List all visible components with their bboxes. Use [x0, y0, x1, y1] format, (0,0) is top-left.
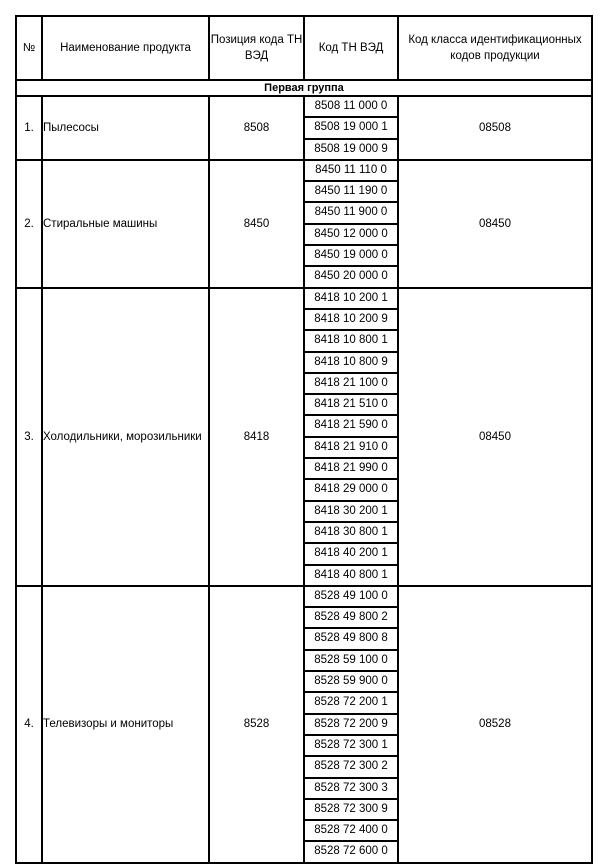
tn-ved-code: 8528 59 900 0 — [305, 672, 397, 693]
header-position: Позиция кода ТН ВЭД — [209, 16, 304, 80]
product-name: Стиральные машины — [42, 160, 209, 288]
table-row: 2.Стиральные машины84508450 11 110 08450… — [16, 160, 592, 288]
group-title: Первая группа — [16, 80, 592, 96]
tn-ved-code: 8418 30 800 1 — [305, 523, 397, 544]
tn-ved-code: 8528 72 300 1 — [305, 736, 397, 757]
tn-ved-code: 8528 72 400 0 — [305, 821, 397, 842]
tn-ved-code: 8450 19 000 0 — [305, 246, 397, 267]
header-name: Наименование продукта — [42, 16, 209, 80]
tn-ved-code: 8418 21 590 0 — [305, 416, 397, 437]
header-class: Код класса идентификационных кодов проду… — [398, 16, 592, 80]
tn-ved-code: 8418 21 910 0 — [305, 438, 397, 459]
tn-ved-code: 8528 49 800 8 — [305, 629, 397, 650]
tn-ved-code: 8418 29 000 0 — [305, 480, 397, 501]
tn-ved-code: 8508 19 000 1 — [305, 118, 397, 139]
tn-ved-code: 8450 20 000 0 — [305, 267, 397, 286]
tn-ved-codes: 8418 10 200 18418 10 200 98418 10 800 18… — [304, 288, 398, 586]
tn-ved-position: 8450 — [209, 160, 304, 288]
row-number: 3. — [16, 288, 42, 586]
row-number: 4. — [16, 586, 42, 863]
table-row: 1.Пылесосы85088508 11 000 08508 19 000 1… — [16, 96, 592, 160]
class-code: 08450 — [398, 288, 592, 586]
product-name: Холодильники, морозильники — [42, 288, 209, 586]
tn-ved-codes: 8508 11 000 08508 19 000 18508 19 000 9 — [304, 96, 398, 160]
tn-ved-code: 8418 21 100 0 — [305, 374, 397, 395]
tn-ved-position: 8418 — [209, 288, 304, 586]
tn-ved-code: 8418 21 990 0 — [305, 459, 397, 480]
class-code: 08508 — [398, 96, 592, 160]
class-code: 08450 — [398, 160, 592, 288]
tn-ved-code: 8450 11 110 0 — [305, 161, 397, 182]
table-row: 3.Холодильники, морозильники84188418 10 … — [16, 288, 592, 586]
tn-ved-code: 8528 72 200 1 — [305, 693, 397, 714]
tn-ved-code: 8528 72 200 9 — [305, 715, 397, 736]
tn-ved-code: 8528 49 100 0 — [305, 587, 397, 608]
tn-ved-code: 8418 30 200 1 — [305, 502, 397, 523]
tn-ved-codes: 8450 11 110 08450 11 190 08450 11 900 08… — [304, 160, 398, 288]
tn-ved-position: 8508 — [209, 96, 304, 160]
tn-ved-code: 8450 11 190 0 — [305, 182, 397, 203]
product-name: Пылесосы — [42, 96, 209, 160]
tn-ved-code: 8528 72 300 2 — [305, 757, 397, 778]
tn-ved-code: 8528 72 600 0 — [305, 842, 397, 861]
tn-ved-code: 8450 11 900 0 — [305, 203, 397, 224]
tn-ved-codes: 8528 49 100 08528 49 800 28528 49 800 88… — [304, 586, 398, 863]
tn-ved-code: 8528 49 800 2 — [305, 608, 397, 629]
tn-ved-code: 8418 10 800 9 — [305, 353, 397, 374]
tn-ved-code: 8418 40 200 1 — [305, 544, 397, 565]
product-name: Телевизоры и мониторы — [42, 586, 209, 863]
tn-ved-code: 8418 40 800 1 — [305, 566, 397, 585]
header-row: № Наименование продукта Позиция кода ТН … — [16, 16, 592, 80]
product-codes-table: № Наименование продукта Позиция кода ТН … — [15, 15, 593, 864]
tn-ved-code: 8528 59 100 0 — [305, 651, 397, 672]
table-row: 4.Телевизоры и мониторы85288528 49 100 0… — [16, 586, 592, 863]
tn-ved-code: 8418 10 200 1 — [305, 289, 397, 310]
group-row: Первая группа — [16, 80, 592, 96]
class-code: 08528 — [398, 586, 592, 863]
tn-ved-code: 8528 72 300 9 — [305, 800, 397, 821]
tn-ved-code: 8450 12 000 0 — [305, 225, 397, 246]
tn-ved-code: 8508 11 000 0 — [305, 97, 397, 118]
tn-ved-code: 8508 19 000 9 — [305, 140, 397, 159]
tn-ved-code: 8418 10 200 9 — [305, 310, 397, 331]
tn-ved-code: 8528 72 300 3 — [305, 779, 397, 800]
row-number: 1. — [16, 96, 42, 160]
row-number: 2. — [16, 160, 42, 288]
header-num: № — [16, 16, 42, 80]
tn-ved-code: 8418 10 800 1 — [305, 331, 397, 352]
header-code: Код ТН ВЭД — [304, 16, 398, 80]
tn-ved-code: 8418 21 510 0 — [305, 395, 397, 416]
tn-ved-position: 8528 — [209, 586, 304, 863]
